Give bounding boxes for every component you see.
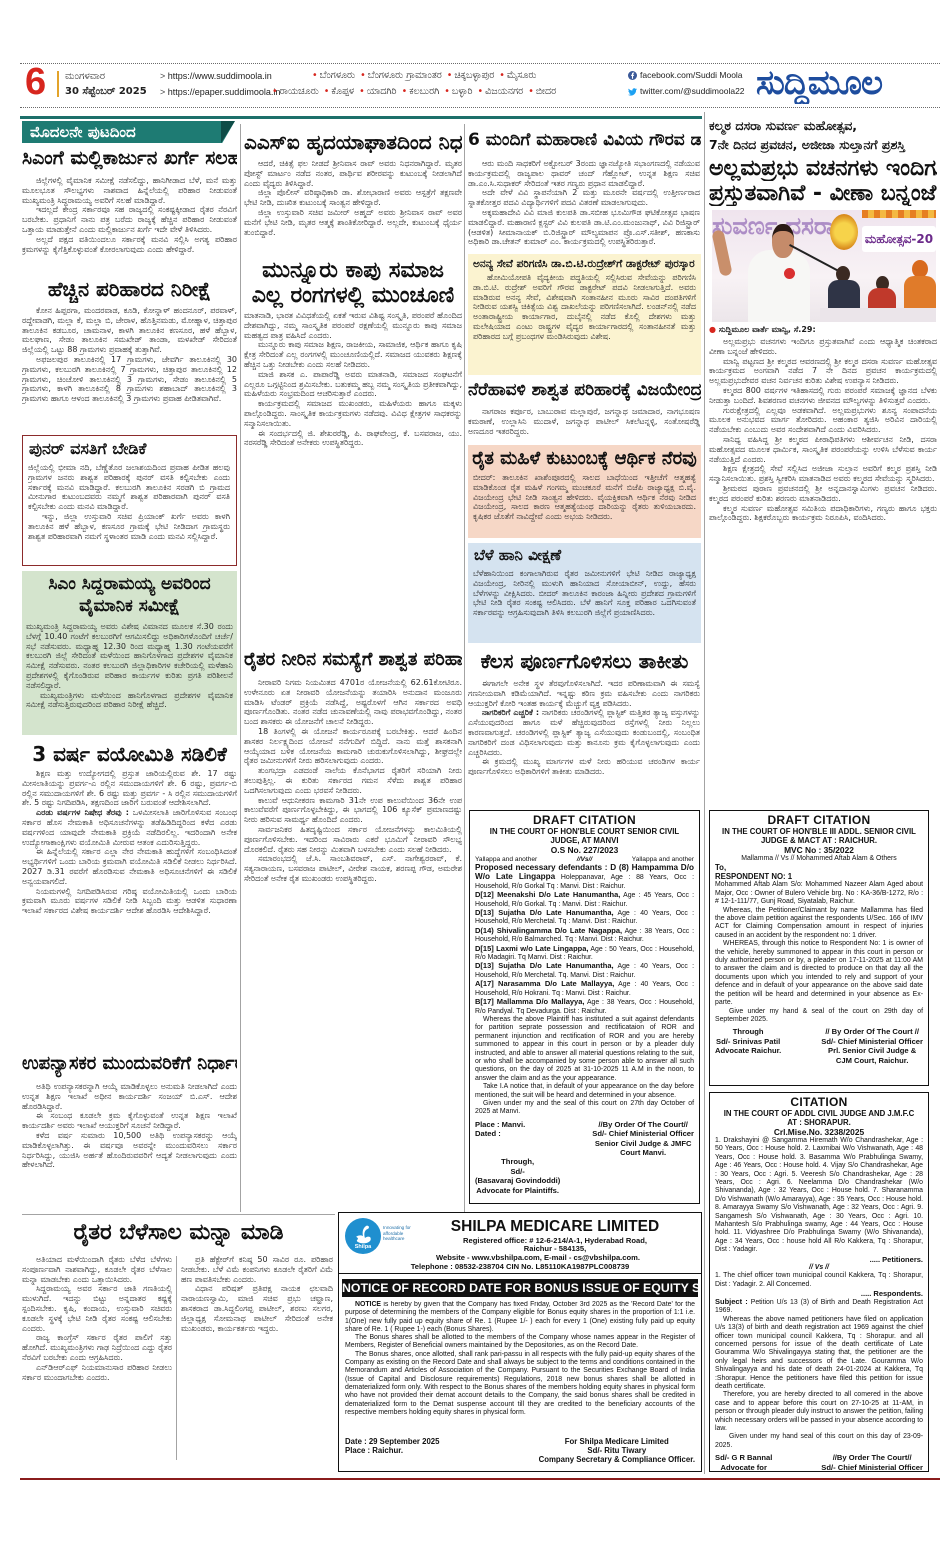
paragraph: ಹೋಮಿಯೋಪತಿ ವೈದ್ಯಕೀಯ ಪದ್ಧತಿಯಲ್ಲಿ ಸಲ್ಲಿಸಿರು… [473, 273, 696, 342]
advocate-line: Sd/- Srinivas Patil [715, 1037, 781, 1046]
defendant-name: B[17] Mallamma D/o Mallayya, [475, 997, 584, 1006]
notice-title: CITATION [715, 1096, 923, 1109]
paragraph: ಮುಖ್ಯಮಂತ್ರಿಗಳು ಮಳೆಯಿಂದ ಹಾನಿಗೊಳಗಾದ ಪ್ರದೇಶ… [26, 691, 233, 711]
article-body-age-relaxation: ಶಿಕ್ಷಣ ಮತ್ತು ಉದ್ಯೋಗದಲ್ಲಿ ಪ್ರಸ್ತುತ ಜಾರಿಯಲ… [22, 769, 237, 1050]
notice-paragraph: Whereas, the Petitioner/Claimant by name… [715, 907, 923, 941]
article-body-crop-damage-inspection: ಬೆಳೆಹಾನಿಯಿಂದ ಕಂಗಾಲಾಗಿರುವ ರೈತರ ಜಮೀನುಗಳಿಗೆ… [473, 569, 696, 640]
advocate-line: (Basavaraj Govindoddi) [475, 1176, 560, 1185]
banner-fold [221, 121, 235, 143]
petitioners-list: 1. Drakshayini @ Sangamma Hiremath W/o C… [715, 1137, 923, 1255]
paragraph: ವಿಧಾನ ಪರಿಷತ್ ಪ್ರತಿಪಕ್ಷ ನಾಯಕ ಛಲವಾದಿ ನಾರಾಯ… [181, 1284, 333, 1333]
signatory-line: Sd/- Ritu Tiwary [539, 1446, 695, 1455]
case-number: O.S No. 227/2023 [475, 845, 694, 855]
headline-cm-aerial-survey-line-2: ವೈಮಾನಿಕ ಸಮೀಕ್ಷೆ [22, 597, 237, 619]
headline-kapu-line-2: ಎಲ್ಲ ರಂಗಗಳಲ್ಲಿ ಮುಂಚೂಣಿ [244, 283, 462, 309]
article-body-more-relief: ಕೋನ ಹಿಪ್ಪರಗಾ, ಮಂದರವಾಡ, ಕೂಡಿ, ಕೋನ್ನಾಳ್ ಹಂ… [22, 306, 237, 430]
paragraph: ನೀರಾವರಿ ನಿಗಮ ನಿಯಮಿತದ 4701ರ ಯೋಜನೆಯಲ್ಲಿ 62… [244, 678, 462, 727]
order-line: //By Order The Court// [821, 1453, 923, 1462]
defendant-name: D(14) Shivalingamma D/o Late Nagappa, [475, 926, 622, 935]
paragraph-lead: ಎರಡು ವರ್ಷಗಳ ನಿಷೇಧ ತೆರವು : [36, 808, 129, 817]
twitter-link[interactable]: twitter.com/@suddimoola22 [628, 86, 752, 97]
advocate-signature: Through, Sd/- (Basavaraj Govindoddi) Adv… [475, 1157, 560, 1195]
notice-footer: Date : 29 September 2025 Place : Raichur… [345, 1437, 695, 1465]
headline-farmers-water: ರೈತರ ನೀರಿನ ಸಮಸ್ಯೆಗೆ ಶಾಶ್ವತ ಪರಿಹಾರ [244, 650, 462, 675]
notice-body: NOTICE is hereby by given that the Compa… [345, 1301, 695, 1435]
paragraph-lead: ನಾಗರಿಕರಿಗೆ ಎಚ್ಚರಿಕೆ : [482, 708, 539, 717]
headline-kapu-line-1: ಮುನ್ನೂರು ಕಾಪು ಸಮಾಜ [244, 258, 462, 284]
event-photo: ಸುವರ್ಣ ದಸರಾ ಮಹೋತ್ಸವ-20 [712, 210, 936, 322]
kicker-line-2: 7ನೇ ದಿನದ ಪ್ರವಚನ, ಅಜೀಜಾ ಸುಲ್ತಾನಗೆ ಪ್ರಶಸ್ತ… [709, 135, 937, 154]
court-name-line-1: IN THE COURT OF HON'BLE COURT SENIOR CIV… [475, 827, 694, 836]
date-place: Date : 29 September 2025 Place : Raichur… [345, 1437, 439, 1465]
article-body-farmers-water: ನೀರಾವರಿ ನಿಗಮ ನಿಯಮಿತದ 4701ರ ಯೋಜನೆಯಲ್ಲಿ 62… [244, 678, 462, 1210]
case-number: MVC No : 35/2022 [715, 845, 923, 855]
defendant-name: D[15] Laxmi w/o Late Lingappa, [475, 944, 589, 953]
subject-label: Subject : [715, 1297, 748, 1306]
website-link[interactable]: https://www.suddimoola.in [160, 71, 272, 82]
paragraph: ಸಮಾರಂಭದಲ್ಲಿ ಜೆ.ಸಿ. ಸಾಂಬಶಿವರಾವ್, ಎಸ್. ನಾಗ… [244, 854, 462, 883]
case-number: Crl.Mise.No. 3238/2025 [715, 1127, 923, 1137]
headline-age-relaxation: 3 ವರ್ಷ ವಯೋಮಿತಿ ಸಡಿಲಿಕೆ [22, 743, 237, 767]
respondents-list: 1. The chief officer town municipal coun… [715, 1272, 923, 1289]
article-body-farmer-woman-aid: ಬೀದರ್: ತಾಲೂಕಿನ ಖಾಶೆಂಪೂರದಲ್ಲಿ ಸಾಲದ ಬಾಧೆಯಿ… [473, 473, 696, 535]
city: ಬೆಂಗಳೂರು [312, 70, 355, 81]
versus: // Vs // [715, 1264, 923, 1272]
notice-title: DRAFT CITATION [715, 814, 923, 827]
paragraph: ರಾಜ್ಯ ಕಾಂಗ್ರೆಸ್ ಸರ್ಕಾರ ರೈತರ ಪಾಲಿಗೆ ಸತ್ತು… [22, 1333, 172, 1362]
paragraph: ಪ್ರತಿ ಹೆಕ್ಟೇರ್‌ಗೆ ಕನಿಷ್ಠ 50 ಸಾವಿರ ರೂ. ಪರ… [181, 1255, 333, 1284]
continued-from-front-page-banner: ಮೊದಲನೇ ಪುಟದಿಂದ [22, 121, 235, 143]
defendant-name: A[17] Narasamma D/o Late Mallayya, [475, 979, 614, 988]
notice-title-bar: NOTICE OF RECORD DATE FOR BONUS ISSUE OF… [342, 1279, 698, 1297]
notice-paragraph: NOTICE is hereby by given that the Compa… [345, 1301, 695, 1334]
paragraph: ಮಾಜಿ ಶಾಸಕ ಎ. ಪಾಪಾರೆಡ್ಡಿ ಅವರು ಮಾತನಾಡಿ, ಸಮ… [244, 370, 462, 399]
order-line: Prl. Senior Civil Judge & [821, 1046, 923, 1055]
headline-cm-aerial-survey-line-1: ಸಿಎಂ ಸಿದ್ದರಾಮಯ್ಯ ಅವರಿಂದ [22, 575, 237, 597]
article-body-rehab-demand: ಜಿಲ್ಲೆಯಲ್ಲಿ ಭೀಮಾ ನದಿ, ಬೆಣ್ಣೆತೊರ ಜಲಾಶಯದಿಂ… [28, 463, 230, 561]
court-name-line-1: IN THE COURT OF HON'BLE III ADDL. SENIOR… [715, 827, 923, 836]
city: ಮೈಸೂರು [499, 70, 536, 81]
defendant-entry: D[12] Meenakshi D/o Late Hanumantha, Age… [475, 891, 694, 909]
article-body-maharani-doctorate: ಆರು ಮಂದಿ ಸಾಧಕರಿಗೆ ಅಕ್ಟೋಬರ್ 3ರಂದು ಜ್ಞಾನಜ್… [468, 159, 700, 251]
city: ಚಿಕ್ಕಬಳ್ಳಾಪುರ [447, 70, 494, 81]
speaker-body [748, 250, 810, 322]
city: ಕಲಬುರಗಿ [402, 86, 440, 97]
court-name-line-1: IN THE COURT OF ADDL CIVIL JUDGE AND J.M… [715, 1109, 923, 1118]
kicker-line-1: ಕಲ್ಮಠ ದಸರಾ ಸುವರ್ಣ ಮಹೋತ್ಸವ, [709, 116, 937, 135]
paragraph: ಈ ಸಂದರ್ಭದಲ್ಲಿ ಜಿ. ಶೇಖರರೆಡ್ಡಿ, ಪಿ. ರಾಘವೇಂ… [244, 429, 462, 449]
notice-text: Whereas the above named petitioners have… [715, 1316, 923, 1451]
crop-damage-inspection-box: ಬೆಳೆ ಹಾನಿ ವೀಕ್ಷಣೆ ಬೆಳೆಹಾನಿಯಿಂದ ಕಂಗಾಲಾಗಿರ… [468, 543, 701, 643]
column-rule [704, 112, 705, 1474]
paragraph: ಇನ್ನು, ಜಿಲ್ಲಾ ಉಸ್ತುವಾರಿ ಸಚಿವ ಪ್ರಿಯಾಂಕ್ ಖ… [28, 512, 230, 541]
issue-date: 30 ಸೆಪ್ಟೆಂಬರ್ 2025 [65, 86, 147, 98]
headline-more-relief: ಹೆಚ್ಚಿನ ಪರಿಹಾರದ ನಿರೀಕ್ಷೆ [22, 278, 237, 303]
place: Place : Manvi. [475, 1120, 525, 1129]
paragraph: ಈಗಾಗಲೇ ಅನೇಕ ಸ್ಥಳ ತೆರವುಗೊಳಿಸಲಾಗಿದೆ. ಇದರ ಪ… [468, 679, 700, 708]
notice-text: Mohammed Aftab Alam S/o: Mohammed Nazeer… [715, 881, 923, 1024]
paragraph: ಬೀದರ್: ತಾಲೂಕಿನ ಖಾಶೆಂಪೂರದಲ್ಲಿ ಸಾಲದ ಬಾಧೆಯಿ… [473, 473, 696, 522]
advocate-line: Sd/- [475, 1167, 560, 1176]
bullet-icon: ● [709, 325, 719, 334]
paragraph: ಮಾನ್ವಿ ಪಟ್ಟಣದ ಶ್ರೀ ಕಲ್ಮಠದ ಆವರಣದಲ್ಲಿ ಶ್ರೀ… [709, 357, 937, 386]
paragraph: ಅಫಜಲಪುರ ತಾಲೂಕಿನಲ್ಲಿ 17 ಗ್ರಾಮಗಳು, ಜೇವರ್ಗಿ… [22, 355, 237, 404]
paragraph: ಸಿದ್ದರಾಮಯ್ಯ ಅವರ ಸರ್ಕಾರ ಜಾತಿ ಗಣತಿಯಲ್ಲಿ ಮು… [22, 1284, 172, 1333]
paragraph: ತುಂಗಭದ್ರಾ ಎಡದಂಡೆ ನಾಲೆಯ ಕೊನೆಭಾಗದ ರೈತರಿಗೆ … [244, 766, 462, 795]
paragraph: 18 ತಿಂಗಳಲ್ಲಿ ಈ ಯೋಜನೆ ಕಾರ್ಯರೂಪಕ್ಕೆ ಬರಬೇಕಿ… [244, 727, 462, 766]
article-body-rudresh-doctorate: ಹೋಮಿಯೋಪತಿ ವೈದ್ಯಕೀಯ ಪದ್ಧತಿಯಲ್ಲಿ ಸಲ್ಲಿಸಿರು… [473, 273, 696, 371]
paragraph: ಎರಡು ವರ್ಷಗಳ ನಿಷೇಧ ತೆರವು : ಒಳಮೀಸಲಾತಿ ಜಾರಿ… [22, 808, 237, 847]
column-rule [176, 1256, 177, 1460]
paragraph: ಗುರುಕ್ಷೇತ್ರದಲ್ಲಿ ಎಲ್ಲವೂ ಅಡಕವಾಗಿದೆ. ಅಲ್ಲಮ… [709, 406, 937, 435]
story-rule [22, 1214, 335, 1215]
paragraph: ಮುಖ್ಯಮಂತ್ರಿ ಸಿದ್ದರಾಮಯ್ಯ ಅವರು ವಿಶೇಷ ವಿಮಾನ… [26, 622, 233, 691]
headline-lecturers: ಉಪನ್ಯಾಸಕರ ಮುಂದುವರಿಕೆಗೆ ನಿರ್ಧಾರ [22, 1054, 237, 1078]
headline-work-deadline: ಕೆಲಸ ಪೂರ್ಣಗೊಳಿಸಲು ತಾಕೀತು [468, 650, 701, 676]
facebook-link[interactable]: facebook.com/Suddi Moola [628, 70, 752, 81]
headline-maharani-doctorate: 6 ಮಂದಿಗೆ ಮಹಾರಾಣಿ ವಿವಿಯ ಗೌರವ ಡಾಕ್ಟರೇಟ್ [468, 131, 701, 156]
edition-cities-line-2: ರಾಯಚೂರುಕೊಪ್ಪಳಯಾದಗಿರಿಕಲಬುರಗಿಬಳ್ಳಾರಿವಿಜಯನಗ… [272, 86, 624, 98]
legal-notice-draft-citation-manvi: DRAFT CITATION IN THE COURT OF HON'BLE C… [469, 810, 700, 1204]
cm-aerial-survey-box: ಸಿಎಂ ಸಿದ್ದರಾಮಯ್ಯ ಅವರಿಂದ ವೈಮಾನಿಕ ಸಮೀಕ್ಷೆ … [22, 571, 237, 735]
ad-divider [339, 1273, 701, 1274]
paragraph: ಶಿಕ್ಷಣ ಕ್ಷೇತ್ರದಲ್ಲಿ ಸೇವೆ ಸಲ್ಲಿಸಿದ ಅಜೀಜಾ … [709, 464, 937, 484]
advocate-line: Advocate for Plaintiffs. [475, 1186, 560, 1195]
paragraph: ನಾಗರಾಜ ಕರ್ಪೂರ, ಬಾಬುರಾವ ಮಲ್ಲಾಪುರೆ, ಜಗನ್ನಾ… [468, 407, 700, 436]
headline-flood-vijayendra: ನೆರೆಹಾವಳಿ ಶಾಶ್ವತ ಪರಿಹಾರಕ್ಕೆ ವಿಜಯೇಂದ್ರ ಆಗ… [468, 381, 701, 404]
speaker-rosette [784, 268, 795, 279]
order-line: Court Manvi. [592, 1148, 694, 1157]
city: ಬೀದರ [528, 86, 556, 97]
paragraph: ಶ್ರೀಮಠದ ಪುರಾಣ ಪ್ರವಚನದಲ್ಲಿ ಶ್ರೀ ಅನ್ನದಾನಸ್… [709, 484, 937, 504]
facebook-icon [628, 71, 637, 80]
paragraph: ಈ ಹಿನ್ನೆಲೆಯಲ್ಲಿ ಸರ್ಕಾರ ಎಲ್ಲಾ ನೇರ ನೇಮಕಾತಿ… [22, 847, 237, 886]
speaker-head [772, 224, 794, 258]
notice-lead: NOTICE [355, 1301, 381, 1308]
article-body-flood-vijayendra: ನಾಗರಾಜ ಕರ್ಪೂರ, ಬಾಬುರಾವ ಮಲ್ಲಾಪುರೆ, ಜಗನ್ನಾ… [468, 407, 700, 439]
issue-day: ಮಂಗಳವಾರ [65, 71, 105, 83]
paragraph: ಸಾರ್ವಜನಿಕರ ಹಿತದೃಷ್ಟಿಯಿಂದ ಸರ್ಕಾರ ಯೋಜನೆಗಳನ… [244, 825, 462, 854]
defendant-entry: A[17] Narasamma D/o Late Mallayya, Age :… [475, 980, 694, 998]
advocate-line: Through [715, 1027, 781, 1036]
city: ಕೊಪ್ಪಳ [324, 86, 354, 97]
paragraph: ಇದಲ್ಲದೆ ಕೇಂದ್ರ ಸರ್ಕಾರವೂ ಸಹ ರಾಜ್ಯದಲ್ಲಿ ಸಂ… [22, 205, 237, 234]
court-order-block: //By Order The Court// Sd/- Chief Minist… [821, 1453, 923, 1472]
paragraph: ಕಲ್ಮಠದ 800 ವರ್ಷಗಳ ಇತಿಹಾಸದಲ್ಲಿ ಗುರು ಪರಂಪರ… [709, 386, 937, 406]
paragraph: ಜಿಲ್ಲಾ ಉಸ್ತುವಾರಿ ಸಚಿವ ಜಮೀರ್ ಅಹ್ಮದ್ ಅವರು … [244, 208, 462, 237]
paragraph: ಬೆಳೆಹಾನಿಯಿಂದ ಕಂಗಾಲಾಗಿರುವ ರೈತರ ಜಮೀನುಗಳಿಗೆ… [473, 569, 696, 618]
city: ವಿಜಯನಗರ [477, 86, 523, 97]
headline-kharge-advice: ಸಿಎಂಗೆ ಮಲ್ಲಿಕಾರ್ಜುನ ಖರ್ಗೆ ಸಲಹೆ [22, 148, 237, 173]
header-divider [57, 71, 59, 97]
article-body-lecturers: ಅತಿಥಿ ಉಪನ್ಯಾಸಕರನ್ನಾಗಿ ಆಯ್ಕೆ ಮಾಡಿಕೊಳ್ಳಲು … [22, 1082, 237, 1210]
headline-farmer-woman-aid: ರೈತ ಮಹಿಳೆ ಕುಟುಂಬಕ್ಕೆ ಆರ್ಥಿಕ ನೆರವು [468, 449, 701, 472]
shilpa-tagline: Innovating for affordable healthcare [383, 1225, 413, 1242]
article-body-work-deadline: ಈಗಾಗಲೇ ಅನೇಕ ಸ್ಥಳ ತೆರವುಗೊಳಿಸಲಾಗಿದೆ. ಇದರ ಪ… [468, 679, 700, 804]
rudresh-doctorate-box: ಅನನ್ಯ ಸೇವೆ ಪರಿಗಣಿಸಿ ಡಾ.ಬಿ.ಟಿ.ರುದ್ರೇಶ್‌ಗೆ… [468, 254, 701, 375]
column-rule [464, 124, 465, 1212]
defendant-entry: B[17] Mallamma D/o Mallayya, Age : 38 Ye… [475, 998, 694, 1016]
signatory: For Shilpa Medicare Limited Sd/- Ritu Ti… [539, 1437, 695, 1465]
paragraph: ಮುನ್ನೂರು ಕಾಪು ಸಮಾಜ ಶಿಕ್ಷಣ, ರಾಜಕೀಯ, ಸಾಮಾಜ… [244, 340, 462, 369]
farmer-woman-aid-box: ರೈತ ಮಹಿಳೆ ಕುಟುಂಬಕ್ಕೆ ಆರ್ಥಿಕ ನೆರವು ಬೀದರ್:… [468, 445, 701, 538]
order-line: //By Order Of The Court// [592, 1120, 694, 1129]
paragraph: ಅಲ್ಲಮಪ್ರಭು ವಚನಗಳು ಇಂದಿಗೂ ಪ್ರಸ್ತುತವಾಗಿವೆ … [709, 337, 937, 357]
paragraph: ಅತಿಯಾದ ಮಳೆಯಿಂದಾಗಿ ರೈತರು ಬೆಳೆದ ಬೆಳೆಗಳು ಸಂ… [22, 1255, 172, 1284]
notice-text: is hereby by given that the Company has … [345, 1301, 695, 1333]
advocate-block: Sd/- G R Bannal Advocate for Petitioners… [715, 1453, 772, 1472]
paragraph: ಸಾನಿಧ್ಯ ವಹಿಸಿದ್ದ ಶ್ರೀ ಕಲ್ಮಠದ ಪೀಠಾಧಿಪತಿಗಳ… [709, 435, 937, 464]
notice-paragraph: Give under my hand & seal of the court o… [715, 1008, 923, 1025]
court-name-line-2: JUDGE, AT MANVI [475, 836, 694, 845]
page-footer-rule [20, 1478, 940, 1480]
city-pin: Raichur - 584135, [413, 1244, 697, 1253]
notice-footer: Sd/- G R Bannal Advocate for Petitioners… [715, 1453, 923, 1472]
notice-paragraph: Given under my and the seal of this cour… [475, 1100, 694, 1117]
header-bottom-rule [20, 107, 940, 108]
paragraph: ನಾಗರಿಕರಿಗೆ ಎಚ್ಚರಿಕೆ : ನಾಗರಿಕರು ಚರಂಡಿಗಳಲ್… [468, 708, 700, 757]
defendant-name: D[12] Meenakshi D/o Late Hanumantha, [475, 890, 620, 899]
paragraph: ಕಾರ್ಯಕ್ರಮದಲ್ಲಿ ಸಮಾಜದ ಮುಖಂಡರು, ಮಹಿಳೆಯರು ಹ… [244, 399, 462, 428]
order-line: Sd/- Chief Ministerial Officer [592, 1129, 694, 1138]
defendant-entry: D(14) Shivalingamma D/o Late Nagappa, Ag… [475, 927, 694, 945]
defendant-name: D[13] Sujatha D/o Late Hanumantha, [475, 908, 614, 917]
notice-paragraph: Mohammed Aftab Alam S/o: Mohammed Nazeer… [715, 881, 923, 906]
headline-rudresh-doctorate: ಅನನ್ಯ ಸೇವೆ ಪರಿಗಣಿಸಿ ಡಾ.ಬಿ.ಟಿ.ರುದ್ರೇಶ್‌ಗೆ… [473, 258, 697, 272]
article-body-kapu: ಮಾತನಾಡಿ, ಭಾರತ ವಿವಿಧತೆಯಲ್ಲಿ ಏಕತೆ ಇರುವ ವಿಶ… [244, 311, 462, 647]
article-body-kharge-advice: ಜಿಲ್ಲೆಗಳಲ್ಲಿ ವೈಮಾನಿಕ ಸಮೀಕ್ಷೆ ನಡೆಸಲಿದ್ದು,… [22, 176, 237, 274]
city: ರಾಯಚೂರು [272, 86, 319, 97]
advocate-block: Through, Sd/- (Basavaraj Govindoddi) Adv… [475, 1157, 694, 1195]
notice-paragraph: Therefore, you are hereby directed to al… [715, 1391, 923, 1433]
telephone-cin: Telephone : 08532-238704 CIN No. L85110K… [343, 1262, 697, 1271]
notice-date: Date : 29 September 2025 [345, 1437, 439, 1446]
paragraph: ಶಿಕ್ಷಣ ಮತ್ತು ಉದ್ಯೋಗದಲ್ಲಿ ಪ್ರಸ್ತುತ ಜಾರಿಯಲ… [22, 769, 237, 808]
defendant-entry: D[13] Sujatha D/o Late Hanumantha, Age :… [475, 962, 694, 980]
defendant-entry: Proposed necessary defendants : D (8) Ha… [475, 864, 694, 891]
defendant-entry: D[15] Laxmi w/o Late Lingappa, Age : 50 … [475, 945, 694, 963]
paragraph: ಜಿಲ್ಲಾ ಪೊಲೀಸ್ ವರಿಷ್ಠಾಧಿಕಾರಿ ಡಾ. ಶೋಭಾರಾಣಿ… [244, 188, 462, 208]
section-top-rule [20, 116, 702, 119]
paragraph: ನಿಯಮಗಳಲ್ಲಿ ನಿಗದಿಪಡಿಸಿರುವ ಗರಿಷ್ಠ ವಯೋಮಿತಿಯ… [22, 887, 237, 916]
stage-table [820, 308, 936, 322]
advocate-line: Sd/- G R Bannal [715, 1453, 772, 1462]
advocate-block: Through Sd/- Srinivas Patil Advocate Rai… [715, 1027, 781, 1065]
paragraph: ಆರು ಮಂದಿ ಸಾಧಕರಿಗೆ ಅಕ್ಟೋಬರ್ 3ರಂದು ಜ್ಞಾನಜ್… [468, 159, 700, 188]
twitter-icon [628, 88, 637, 96]
order-line: // By Order Of The Court // [821, 1027, 923, 1036]
paragraph: ಕಾಲುವೆ ಆಧುನೀಕರಣ ಕಾಮಗಾರಿ 31ನೇ ಉಪ ಕಾಲುವೆಯಿ… [244, 796, 462, 825]
epaper-link[interactable]: https://epaper.suddimoola.in [160, 87, 280, 98]
defendants-list: Proposed necessary defendants : D (8) Ha… [475, 864, 694, 1117]
edition-cities-line-1: ಬೆಂಗಳೂರುಬೆಂಗಳೂರು ಗ್ರಾಮಾಂತರಚಿಕ್ಕಬಳ್ಳಾಪುರಮ… [312, 70, 584, 82]
website-email: Website - www.vbshilpa.com, E-mail - cs@… [379, 1253, 697, 1262]
legal-notice-draft-citation-raichur: DRAFT CITATION IN THE COURT OF HON'BLE I… [709, 810, 929, 1086]
notice-place: Place : Raichur. [345, 1446, 439, 1455]
paragraph: ಜಿಲ್ಲೆಗಳಲ್ಲಿ ವೈಮಾನಿಕ ಸಮೀಕ್ಷೆ ನಡೆಸಲಿದ್ದು,… [22, 176, 237, 205]
paragraph: ಅದೇ ವೇಳೆ ವಿವಿ ಸ್ಥಾಪನೆಯಾಗಿ 2 ಮತ್ತು ಮೂರನೇ … [468, 188, 700, 208]
paragraph: ಆದರೆ, ಚಿಕಿತ್ಸೆ ಫಲ ನೀಡದೆ ಶ್ರೀನಿವಾಸ ರಾವ್ ಅ… [244, 159, 462, 188]
city: ಯಾದಗಿರಿ [359, 86, 397, 97]
masthead-logo: ಸುದ್ದಿಮೂಲ [756, 62, 940, 104]
defendant-name: D[13] Sujatha D/o Late Hanumantha, [475, 961, 614, 970]
paragraph: ಕಲ್ಮಠ ಸುವರ್ಣ ಮಹೋತ್ಸವ ಸಮಿತಿಯ ಪದಾಧಿಕಾರಿಗಳು… [709, 504, 937, 524]
twitter-handle: twitter.com/@suddimoola22 [640, 86, 745, 97]
rehab-demand-box: ಪುನರ್ ವಸತಿಗೆ ಬೇಡಿಕೆ ಜಿಲ್ಲೆಯಲ್ಲಿ ಭೀಮಾ ನದಿ… [22, 435, 237, 566]
court-order-block: // By Order Of The Court // Sd/- Chief M… [821, 1027, 923, 1065]
paragraph: ಅಲ್ಲದೆ ಪಕ್ಷದ ವತಿಯಿಂದಲೂ ಸರ್ಕಾರಕ್ಕೆ ಮನವಿ ಸ… [22, 235, 237, 255]
signatory-line: For Shilpa Medicare Limited [539, 1437, 695, 1446]
order-line: Sd/- Chief Ministerial Officer [821, 1463, 923, 1472]
logo-wordmark: Shilpa [345, 1244, 381, 1250]
newspaper-page: 6 ಮಂಗಳವಾರ 30 ಸೆಪ್ಟೆಂಬರ್ 2025 https://www… [0, 0, 945, 1545]
company-name: SHILPA MEDICARE LIMITED [413, 1218, 697, 1235]
city: ಬಳ್ಳಾರಿ [444, 86, 472, 97]
emblem [830, 214, 858, 250]
banner-label: ಮೊದಲನೇ ಪುಟದಿಂದ [30, 123, 136, 141]
dated: Dated : [475, 1129, 525, 1138]
article-body-asi-death: ಆದರೆ, ಚಿಕಿತ್ಸೆ ಫಲ ನೀಡದೆ ಶ್ರೀನಿವಾಸ ರಾವ್ ಅ… [244, 159, 462, 253]
notice-paragraph: The Bonus shares shall be allotted to th… [345, 1334, 695, 1351]
notice-footer: Place : Manvi. Dated : //By Order Of The… [475, 1120, 694, 1158]
paragraph: ಕಳೆದ ವರ್ಷ ಸುಮಾರು 10,500 ಅತಿಥಿ ಉಪನ್ಯಾಸಕರನ… [22, 1131, 237, 1170]
notice-title: DRAFT CITATION [475, 814, 694, 827]
advocate-line: Advocate for [715, 1463, 772, 1472]
paragraph: ಈ ಕ್ರಮದಲ್ಲಿ ಮುಖ್ಯ ಮಾರ್ಗಗಳ ಮಳೆ ನೀರು ಹರಿಯು… [468, 757, 700, 777]
headline-allama-line-1: ಅಲ್ಲಮಪ್ರಭು ವಚನಗಳು ಇಂದಿಗೂ [709, 156, 937, 181]
shilpa-medicare-notice-ad: Shilpa Innovating for affordable healthc… [338, 1212, 702, 1472]
subject-line: Subject : Petition U/s 13 (3) of Birth a… [715, 1298, 923, 1316]
dateline: ● ಸುದ್ದಿಮೂಲ ವಾರ್ತೆ ಮಾನ್ವಿ, ಸೆ.29: [709, 325, 937, 335]
paragraph: ಜಿಲ್ಲೆಯಲ್ಲಿ ಭೀಮಾ ನದಿ, ಬೆಣ್ಣೆತೊರ ಜಲಾಶಯದಿಂ… [28, 463, 230, 512]
article-body-cm-aerial-survey: ಮುಖ್ಯಮಂತ್ರಿ ಸಿದ್ದರಾಮಯ್ಯ ಅವರು ವಿಶೇಷ ವಿಮಾನ… [26, 622, 233, 732]
paragraph: ಕೋನ ಹಿಪ್ಪರಗಾ, ಮಂದರವಾಡ, ಕೂಡಿ, ಕೋನ್ನಾಳ್ ಹಂ… [22, 306, 237, 355]
shilpa-logo: Shilpa [345, 1218, 381, 1254]
page-number: 6 [25, 63, 46, 101]
advocate-line: Advocate Raichur. [715, 1046, 781, 1055]
backdrop-banner: ಮಹೋತ್ಸವ-20 [862, 226, 936, 252]
garland-decoration [862, 210, 936, 218]
petitioners-label: ..... Petitioners. [715, 1255, 923, 1264]
signatory-line: Company Secretary & Compliance Officer. [539, 1455, 695, 1464]
facebook-handle: facebook.com/Suddi Moola [640, 70, 743, 81]
court-name-line-2: JUDGE & MACT AT : RAICHUR. [715, 836, 923, 845]
case-parties: Mallamma // Vs // Mohammed Aftab Alam & … [715, 855, 923, 863]
respondent-label: RESPONDENT NO: 1 [715, 872, 923, 881]
legal-notice-citation-shorapur: CITATION IN THE COURT OF ADDL CIVIL JUDG… [709, 1092, 929, 1472]
notice-paragraph: WHEREAS, through this notice to Responde… [715, 940, 923, 1007]
advocate-line: Through, [475, 1157, 560, 1166]
notice-paragraph: Given under my hand seal of this court o… [715, 1433, 923, 1450]
notice-paragraph: Whereas the above named petitioners have… [715, 1316, 923, 1392]
paragraph: ಈ ಸಂಬಂಧ ಕೂಡಲೇ ಕ್ರಮ ಕೈಗೊಳ್ಳುವಂತೆ ಉನ್ನತ ಶಿ… [22, 1111, 237, 1131]
article-body-crop-loan-left: ಅತಿಯಾದ ಮಳೆಯಿಂದಾಗಿ ರೈತರು ಬೆಳೆದ ಬೆಳೆಗಳು ಸಂ… [22, 1255, 172, 1460]
place-date-block: Place : Manvi. Dated : [475, 1120, 525, 1158]
headline-allama-line-2: ಪ್ರಸ್ತುತವಾಗಿವೆ - ವೀಣಾ ಬನ್ನಂಜೆ [709, 181, 937, 206]
paragraph: ಅಕ್ಕಮಹಾದೇವಿ ವಿವಿ ಮಾಜಿ ಕುಲಪತಿ ಡಾ.ಸಬೀಹ ಭೂಮ… [468, 208, 700, 247]
article-body-crop-loan-right: ಪ್ರತಿ ಹೆಕ್ಟೇರ್‌ಗೆ ಕನಿಷ್ಠ 50 ಸಾವಿರ ರೂ. ಪರ… [181, 1255, 333, 1460]
city: ಬೆಂಗಳೂರು ಗ್ರಾಮಾಂತರ [360, 70, 442, 81]
order-line: Sd/- Chief Ministerial Officer [821, 1037, 923, 1046]
headline-rehab-demand: ಪುನರ್ ವಸತಿಗೆ ಬೇಡಿಕೆ [29, 440, 229, 461]
order-line: CJM Court, Raichur. [821, 1056, 923, 1065]
notice-footer: Through Sd/- Srinivas Patil Advocate Rai… [715, 1027, 923, 1065]
paragraph: ಎನ್‌ಡಿಆರ್‌ಎಫ್ ನಿಯಮಾನುಸಾರ ಪರಿಹಾರ ನೀಡಲು ಸರ… [22, 1363, 172, 1383]
paragraph: ಅತಿಥಿ ಉಪನ್ಯಾಸಕರನ್ನಾಗಿ ಆಯ್ಕೆ ಮಾಡಿಕೊಳ್ಳಲು … [22, 1082, 237, 1111]
headline-crop-loan-waiver: ರೈತರ ಬೆಳೆಸಾಲ ಮನ್ನಾ ಮಾಡಿ [22, 1220, 335, 1248]
headline-crop-damage-inspection: ಬೆಳೆ ಹಾನಿ ವೀಕ್ಷಣೆ [474, 547, 694, 567]
notice-paragraph: The Bonus shares, once allotted, shall r… [345, 1351, 695, 1417]
column-rule [240, 124, 241, 1212]
article-body-allama: ಅಲ್ಲಮಪ್ರಭು ವಚನಗಳು ಇಂದಿಗೂ ಪ್ರಸ್ತುತವಾಗಿವೆ … [709, 337, 937, 773]
paragraph: ಮಾತನಾಡಿ, ಭಾರತ ವಿವಿಧತೆಯಲ್ಲಿ ಏಕತೆ ಇರುವ ವಿಶ… [244, 311, 462, 340]
to-label: To, [715, 863, 923, 872]
notice-paragraph: Whereas the above Plaintiff has institut… [475, 1016, 694, 1083]
court-name-line-2: AT : SHORAPUR. [715, 1118, 923, 1127]
dateline-text: ಸುದ್ದಿಮೂಲ ವಾರ್ತೆ ಮಾನ್ವಿ, ಸೆ.29: [719, 325, 816, 334]
defendant-entry: D[13] Sujatha D/o Late Hanumantha, Age :… [475, 909, 694, 927]
notice-paragraph: Take I.A notice that, in default of your… [475, 1083, 694, 1100]
order-line: Senior Civil Judge & JMFC [592, 1139, 694, 1148]
court-order-block: //By Order Of The Court// Sd/- Chief Min… [592, 1120, 694, 1158]
headline-asi-death: ಎಎಸ್ಐ ಹೃದಯಾಘಾತದಿಂದ ನಿಧನ [244, 131, 462, 156]
